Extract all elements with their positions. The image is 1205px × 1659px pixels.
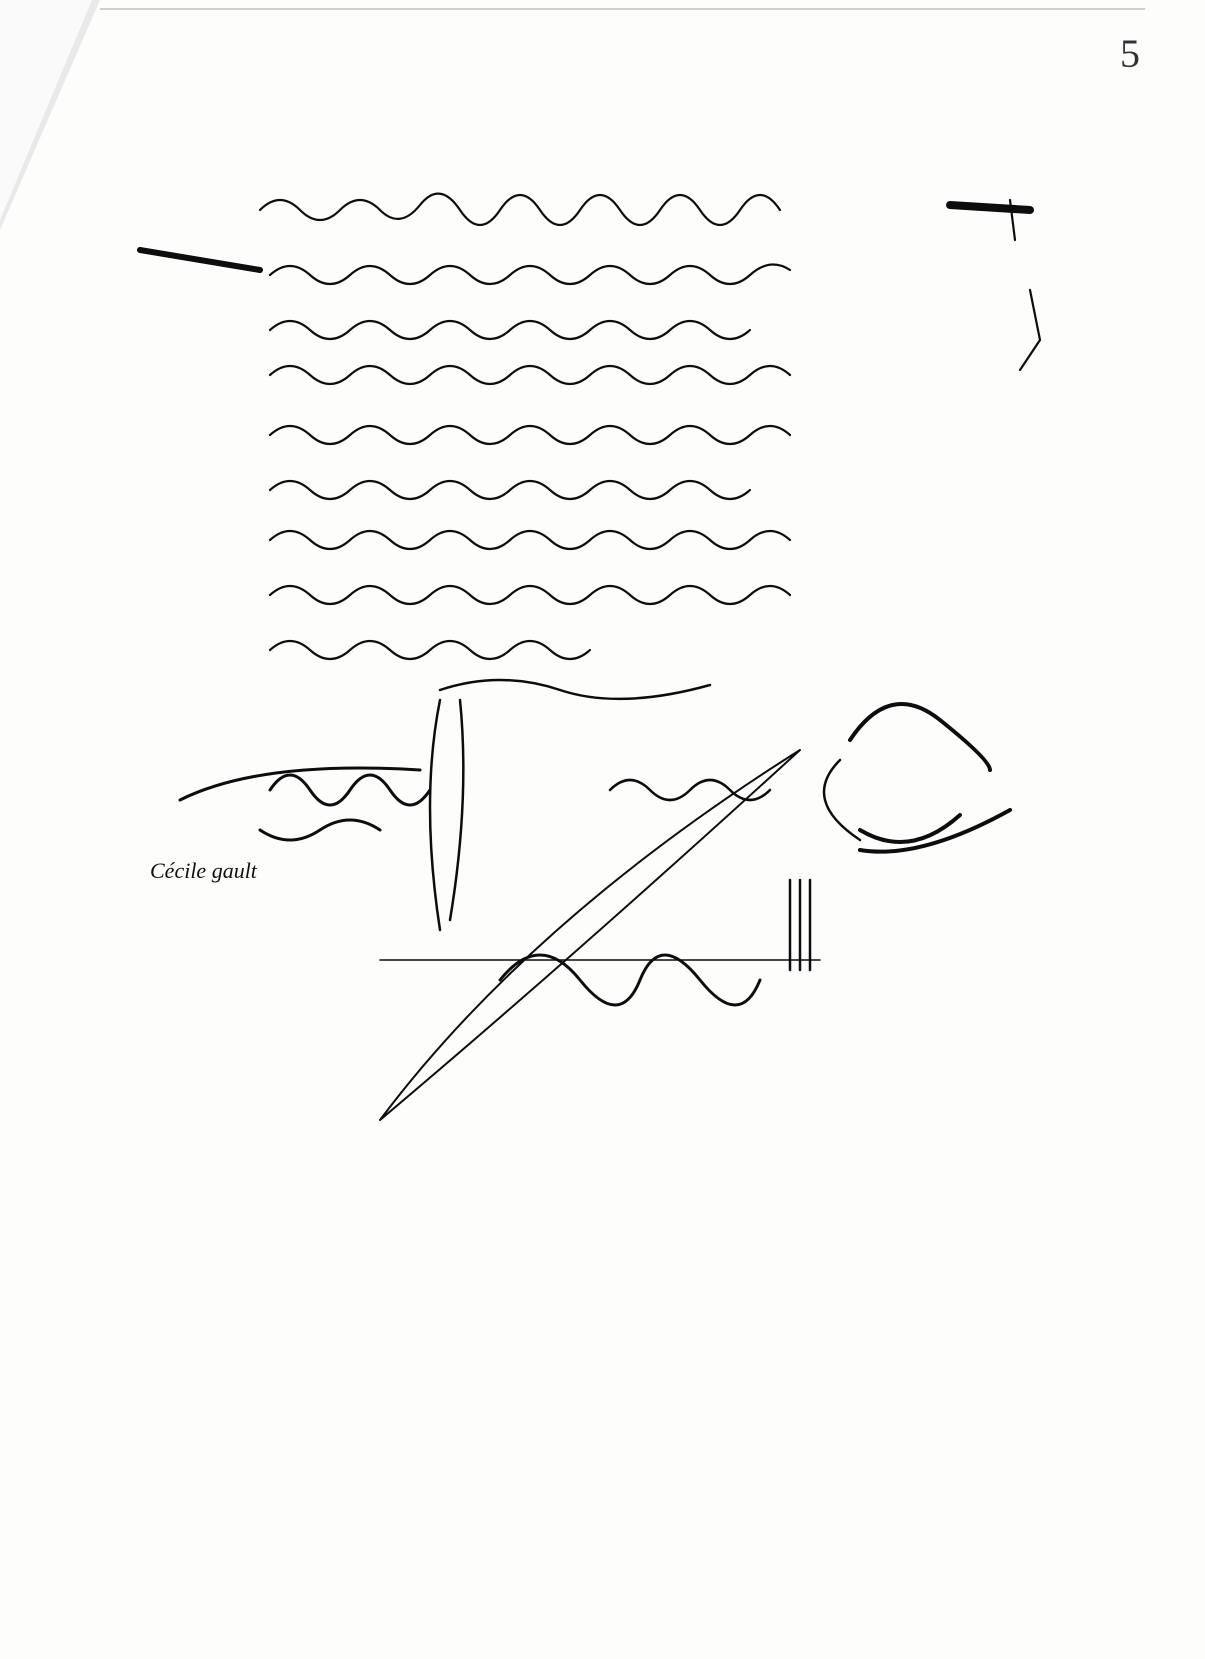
margin-signature: Cécile gault — [150, 858, 257, 884]
manuscript-page: 5 — [0, 0, 1205, 1659]
handwriting-layer — [0, 0, 1205, 1659]
signatures — [180, 680, 1010, 1120]
body-text — [140, 194, 1040, 659]
